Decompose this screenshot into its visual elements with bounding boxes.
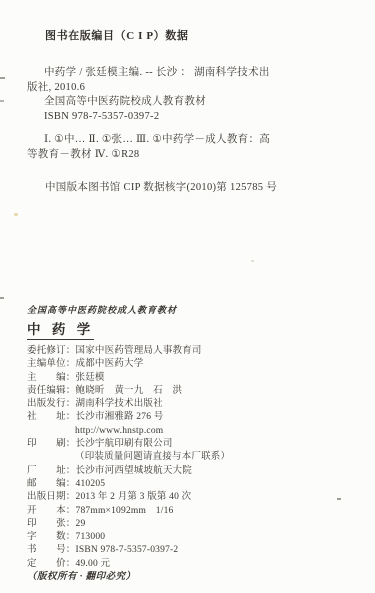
row-label: 邮 编： xyxy=(27,479,76,489)
scan-artifact xyxy=(14,213,18,216)
colophon-row-printed-sheets: 印 张：29 xyxy=(27,518,367,531)
cip-heading: 图书在版编目（C I P）数据 xyxy=(45,27,188,43)
colophon-row-publication-date: 出版日期：2013 年 2 月第 3 版第 40 次 xyxy=(27,491,367,504)
colophon-row-chief-editing-unit: 主编单位：成都中医药大学 xyxy=(27,358,367,371)
scan-artifact xyxy=(0,100,4,102)
row-value: 2013 年 2 月第 3 版第 40 次 xyxy=(76,492,192,502)
colophon-row-publisher-address: 社 址：长沙市湘雅路 276 号 xyxy=(27,411,367,424)
row-value: 长沙市河西望城坡航天大院 xyxy=(76,466,192,476)
row-label: 定 价： xyxy=(27,559,76,569)
row-label: 责任编辑： xyxy=(27,386,76,396)
row-label: 印 刷： xyxy=(27,439,76,449)
row-label: 开 本： xyxy=(27,506,76,516)
colophon-series: 全国高等中医药院校成人教育教材 xyxy=(27,303,367,316)
cip-series-note: 全国高等中医药院校成人教育教材 xyxy=(27,95,357,110)
scan-artifact xyxy=(251,260,254,262)
colophon-row-commissioned-by: 委托修订：国家中医药管理局人事教育司 xyxy=(27,345,367,358)
row-value: 国家中医药管理局人事教育司 xyxy=(76,346,202,356)
cip-classification: Ⅰ. ①中… Ⅱ. ①张… Ⅲ. ①中药学－成人教育：高 等教育－教材 Ⅳ. ①… xyxy=(27,133,357,162)
printer-quality-note: （印装质量问题请直接与本厂联系） xyxy=(27,451,367,464)
scan-artifact xyxy=(337,498,341,500)
colophon-row-printer: 印 刷：长沙宇航印刷有限公司 xyxy=(27,438,367,451)
cip-class-line2: 等教育－教材 Ⅳ. ①R28 xyxy=(27,148,357,163)
row-value: 长沙宇航印刷有限公司 xyxy=(76,439,173,449)
row-label: 社 址： xyxy=(27,412,76,422)
colophon-row-responsible-editors: 责任编辑：鲍晓昕 黄一九 石 洪 xyxy=(27,385,367,398)
colophon-row-book-number: 书 号：ISBN 978-7-5357-0397-2 xyxy=(27,544,367,557)
colophon-row-factory-address: 厂 址：长沙市河西望城坡航天大院 xyxy=(27,465,367,478)
row-label: 字 数： xyxy=(27,532,76,542)
cip-entry-line1: 中药学 / 张廷模主编. -- 长沙 ： 湖南科学技术出 xyxy=(27,66,357,81)
colophon-row-format: 开 本：787mm×1092mm 1/16 xyxy=(27,505,367,518)
colophon-row-publisher: 出版发行：湖南科学技术出版社 xyxy=(27,398,367,411)
row-value: 张廷模 xyxy=(76,373,105,383)
colophon-row-price: 定 价：49.00 元 xyxy=(27,558,367,571)
publisher-website: http://www.hnstp.com xyxy=(27,425,367,438)
colophon-row-word-count: 字 数：713000 xyxy=(27,531,367,544)
book-copyright-page: 图书在版编目（C I P）数据 中药学 / 张廷模主编. -- 长沙 ： 湖南科… xyxy=(0,0,375,593)
scan-artifact xyxy=(0,297,4,299)
row-value: 长沙市湘雅路 276 号 xyxy=(76,412,164,422)
row-label: 书 号： xyxy=(27,545,76,555)
row-label: 主编单位： xyxy=(27,359,76,369)
colophon-rows: 委托修订：国家中医药管理局人事教育司 主编单位：成都中医药大学 主 编：张廷模 … xyxy=(27,345,367,584)
row-label: 印 张： xyxy=(27,519,76,529)
cip-entry-paragraph: 中药学 / 张廷模主编. -- 长沙 ： 湖南科学技术出 版社, 2010.6 … xyxy=(27,66,357,124)
row-label: 厂 址： xyxy=(27,466,76,476)
colophon-row-postal-code: 邮 编：410205 xyxy=(27,478,367,491)
row-value: 成都中医药大学 xyxy=(76,359,144,369)
row-value: 湖南科学技术出版社 xyxy=(76,399,163,409)
cip-entry-line2: 版社, 2010.6 xyxy=(27,81,357,96)
copyright-note: （版权所有 · 翻印必究） xyxy=(27,571,367,584)
row-label: 主 编： xyxy=(27,373,76,383)
cip-isbn-line: ISBN 978-7-5357-0397-2 xyxy=(27,110,357,125)
cip-class-line1: Ⅰ. ①中… Ⅱ. ①张… Ⅲ. ①中药学－成人教育：高 xyxy=(27,133,357,148)
row-label: 委托修订： xyxy=(27,346,76,356)
row-value: 787mm×1092mm 1/16 xyxy=(76,506,174,516)
row-value: 410205 xyxy=(76,479,106,489)
scan-artifact xyxy=(0,77,5,79)
colophon-section: 全国高等中医药院校成人教育教材 中 药 学 委托修订：国家中医药管理局人事教育司… xyxy=(27,303,367,584)
row-value: 713000 xyxy=(76,532,106,542)
row-value: 鲍晓昕 黄一九 石 洪 xyxy=(76,386,183,396)
row-label: 出版发行： xyxy=(27,399,76,409)
row-label: 出版日期： xyxy=(27,492,76,502)
colophon-row-chief-editor: 主 编：张廷模 xyxy=(27,372,367,385)
row-value: 29 xyxy=(76,519,86,529)
row-value: 49.00 元 xyxy=(76,559,111,569)
cip-record-number: 中国版本图书馆 CIP 数据核字(2010)第 125785 号 xyxy=(45,179,277,194)
row-value: ISBN 978-7-5357-0397-2 xyxy=(76,545,179,555)
book-title: 中 药 学 xyxy=(27,318,94,340)
